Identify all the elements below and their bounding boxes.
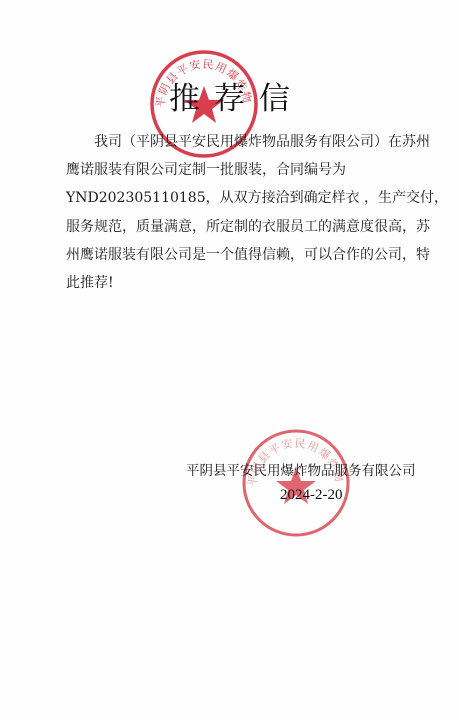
body-line: 州鹰诺服装有限公司是一个值得信赖，可以合作的公司，特 [66,241,412,269]
letter-body: 我司（平阴县平安民用爆炸物品服务有限公司）在苏州 鹰诺服装有限公司定制一批服装，… [66,128,412,297]
letter-page: 平阴县平安民用爆炸物品服务有限公司 平阴县平安民用爆炸物品服务有限公司 推荐信 … [0,0,459,720]
letter-title: 推荐信 [0,73,459,118]
company-seal-bottom: 平阴县平安民用爆炸物品服务有限公司 [240,427,352,539]
signature-date: 2024-2-20 [280,487,343,504]
body-line: YND202305110185，从双方接洽到确定样衣 ，生产交付， [66,184,412,212]
body-line: 服务规范，质量满意，所定制的衣服员工的满意度很高，苏 [66,213,412,241]
body-line: 此推荐! [66,269,412,297]
body-line: 鹰诺服装有限公司定制一批服装，合同编号为 [66,156,412,184]
signature-company: 平阴县平安民用爆炸物品服务有限公司 [186,459,416,479]
body-line: 我司（平阴县平安民用爆炸物品服务有限公司）在苏州 [66,128,412,156]
